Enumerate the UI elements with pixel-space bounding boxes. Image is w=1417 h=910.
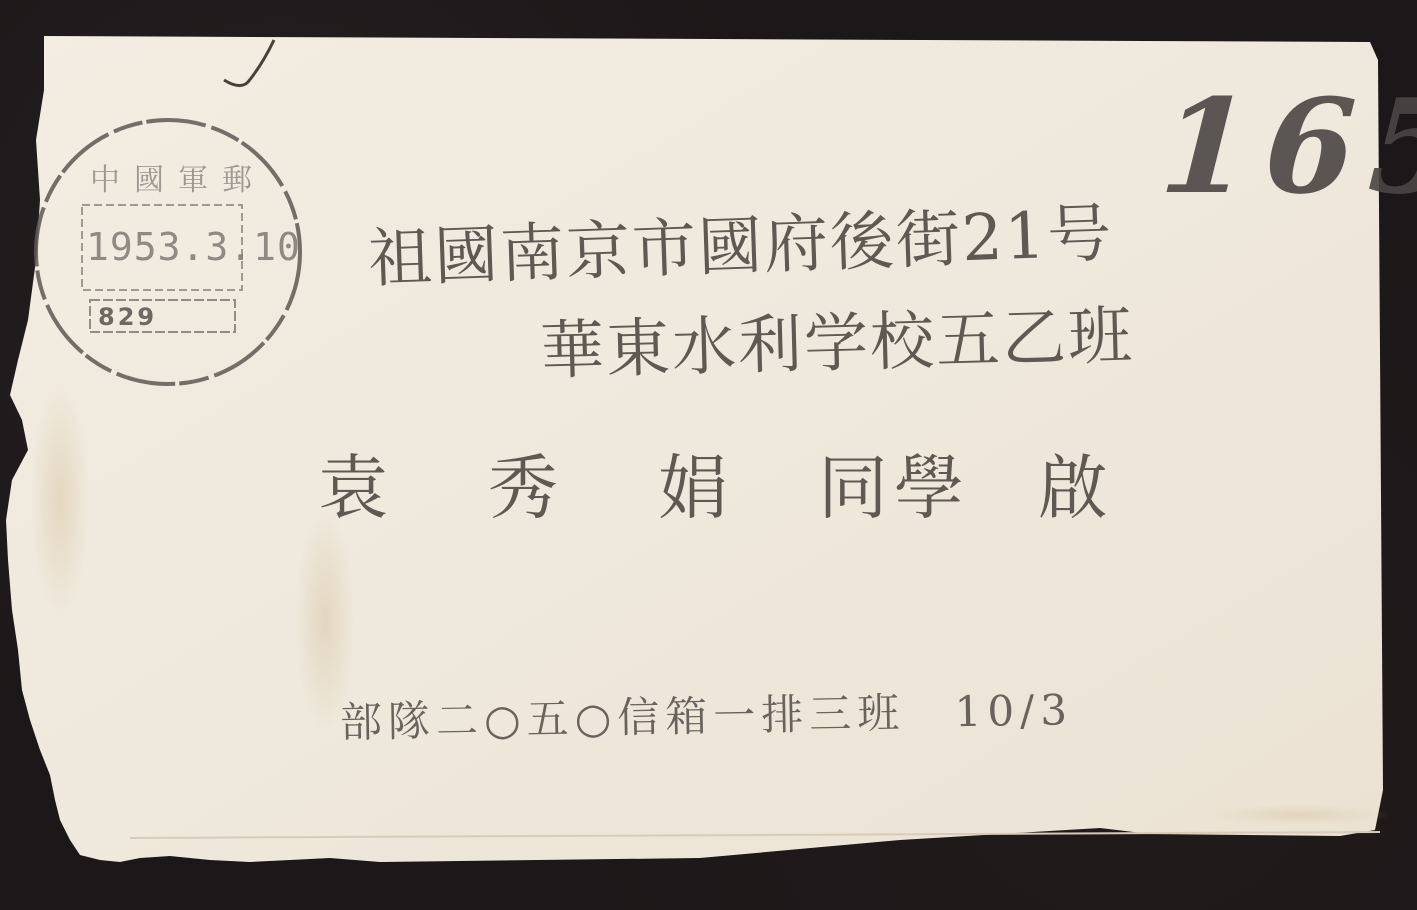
sender-date: 10/3 bbox=[954, 685, 1073, 736]
postmark-top-text: 中國軍郵 bbox=[90, 155, 266, 199]
addressee-title: 同學 bbox=[818, 432, 970, 533]
address-line-2: 華東水利学校五乙班 bbox=[539, 284, 1135, 392]
addressee-char-2: 秀 bbox=[488, 432, 558, 533]
addressee-suffix: 啟 bbox=[1038, 432, 1108, 533]
addressee-char-1: 袁 bbox=[318, 432, 388, 533]
postmark-code: 829 bbox=[98, 303, 157, 331]
envelope: 中國軍郵 1953.3.10 829 165 祖國南京市國府後街21号 華東水利… bbox=[0, 0, 1417, 910]
sender-text: 部隊二○五○信箱一排三班 bbox=[340, 688, 906, 747]
addressee: 袁 秀 娟 同學 啟 bbox=[318, 432, 1118, 532]
postmark-date: 1953.3.10 bbox=[86, 225, 301, 269]
addressee-char-3: 娟 bbox=[658, 432, 728, 533]
sender-address: 部隊二○五○信箱一排三班 10/3 bbox=[339, 677, 1073, 750]
ink-number: 165 bbox=[1141, 70, 1417, 223]
